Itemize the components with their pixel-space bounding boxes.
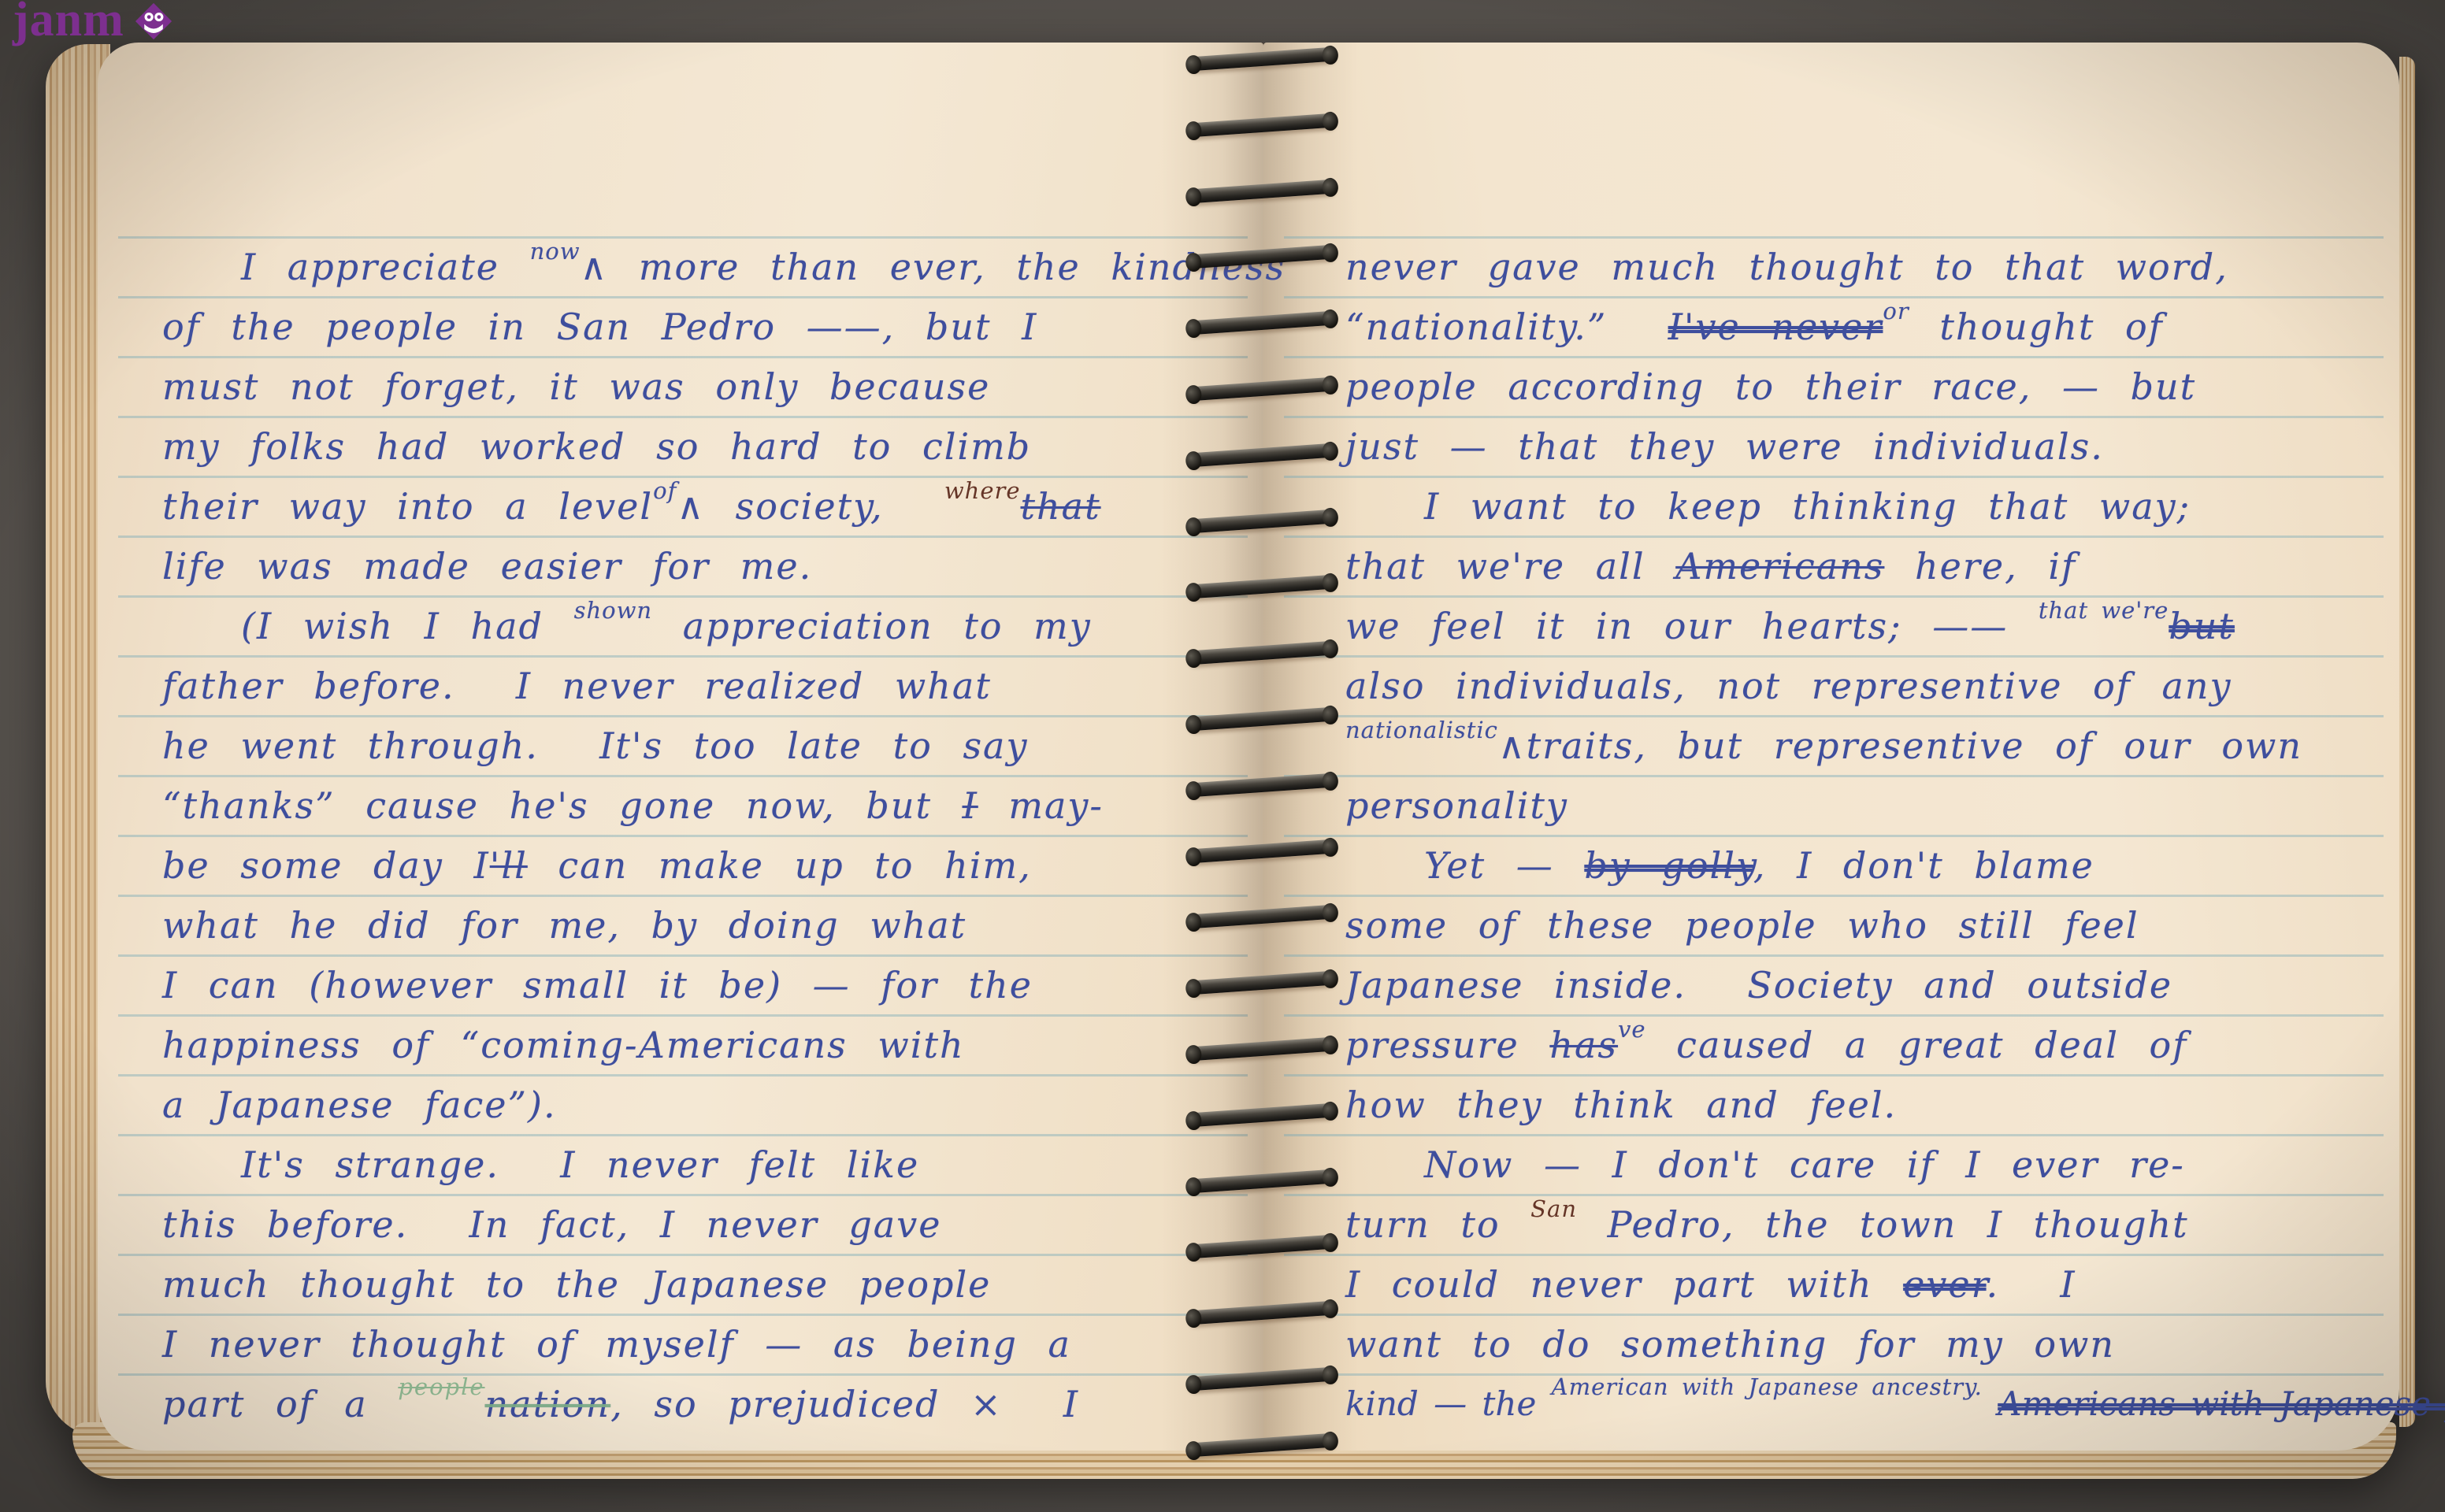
handwriting-line: personality (1345, 778, 2368, 838)
janm-logo: janm (13, 0, 176, 44)
handwritten-text: pressure (1345, 1024, 1549, 1066)
handwriting-line: be some day I'll can make up to him, (162, 838, 1221, 898)
handwritten-text: their way into a level (162, 485, 653, 528)
strikethrough-text: ever (1903, 1263, 1986, 1306)
spiral-wire-loop (1188, 971, 1337, 995)
spiral-binding (1186, 52, 1338, 1452)
handwritten-text: this before. In fact, I never gave (162, 1203, 941, 1246)
handwriting-line: Now — I don't care if I ever re- (1345, 1137, 2368, 1197)
handwritten-text: caused a great deal of (1646, 1024, 2188, 1066)
spiral-wire-loop (1188, 245, 1337, 269)
handwriting-line: I want to keep thinking that way; (1345, 479, 2368, 539)
handwritten-text: Pedro, the town I thought (1577, 1203, 2189, 1246)
janm-crest-icon (131, 0, 176, 44)
strikethrough-text: nation (485, 1383, 611, 1425)
handwritten-text: I could never part with (1345, 1263, 1903, 1306)
janm-logo-text: janm (13, 0, 124, 44)
handwriting-line: also individuals, not representive of an… (1345, 658, 2368, 718)
notebook-page-left: I appreciate now∧ more than ever, the ki… (98, 43, 1263, 1451)
handwriting-line: life was made easier for me. (162, 539, 1221, 598)
handwriting-line: I appreciate now∧ more than ever, the ki… (162, 239, 1221, 299)
handwritten-text: Yet — (1424, 844, 1584, 887)
inserted-text-above: of (653, 463, 677, 518)
handwriting-line: I can (however small it be) — for the (162, 958, 1221, 1017)
handwritten-text: “thanks” cause he's gone now, but (162, 784, 963, 827)
spiral-wire-loop (1188, 1169, 1337, 1193)
handwritten-text: Japanese inside. Society and outside (1345, 964, 2172, 1006)
handwritten-text: what he did for me, by doing what (162, 904, 966, 947)
handwritten-text: traits, but representive of our own (1527, 724, 2302, 767)
inserted-text-above: or (1883, 283, 1909, 339)
handwriting-line: turn to San Pedro, the town I thought (1345, 1197, 2368, 1257)
handwriting-line: people according to their race, — but (1345, 359, 2368, 419)
handwritten-text: I want to keep thinking that way; (1424, 485, 2191, 528)
handwriting-line: of the people in San Pedro ——, but I (162, 299, 1221, 359)
handwritten-text: thought of (1909, 306, 2164, 348)
spiral-wire-loop (1188, 376, 1337, 401)
notebook-page-right: never gave much thought to that word,“na… (1263, 43, 2399, 1451)
spiral-wire-loop (1188, 839, 1337, 863)
handwritten-text: I (1003, 1383, 1079, 1425)
handwritten-text: can make up to him, (528, 844, 1032, 887)
handwritten-text: must not forget, it was only because (162, 365, 990, 408)
handwriting-line: Japanese inside. Society and outside (1345, 958, 2368, 1017)
handwritten-text: that we're all (1345, 545, 1675, 587)
inserted-text-above: American with Japanese ancestry. (1552, 1359, 1983, 1414)
handwriting-line: “thanks” cause he's gone now, but I may- (162, 778, 1221, 838)
handwritten-text: part of a (162, 1383, 398, 1425)
strikethrough-text: that (1021, 485, 1101, 528)
inserted-text-above: shown (574, 583, 653, 638)
spiral-wire-loop (1188, 1036, 1337, 1061)
handwritten-text: × (970, 1383, 1003, 1425)
handwriting-line: a Japanese face”). (162, 1077, 1221, 1137)
handwritten-text: “nationality.” (1345, 306, 1668, 348)
handwriting-line: that we're all Americans here, if (1345, 539, 2368, 598)
strikethrough-text: has (1549, 1024, 1618, 1066)
handwritten-text: , I don't blame (1753, 844, 2094, 887)
scanned-notebook-photo: janm I appreciate now∧ more than ever, t… (0, 0, 2445, 1512)
handwriting-line: he went through. It's too late to say (162, 718, 1221, 778)
handwriting-line: happiness of “coming-Americans with (162, 1017, 1221, 1077)
handwriting-line: nationalistic∧traits, but representive o… (1345, 718, 2368, 778)
handwritten-text: of the people in San Pedro ——, but I (162, 306, 1037, 348)
spiral-wire-loop (1188, 1301, 1337, 1325)
handwriting-line: I could never part with ever. I (1345, 1257, 2368, 1317)
spiral-wire-loop (1188, 443, 1337, 467)
handwriting-line: much thought to the Japanese people (162, 1257, 1221, 1317)
handwritten-text: . I (1987, 1263, 2076, 1306)
inserted-text-above: ve (1618, 1002, 1646, 1057)
handwritten-text: (I wish I had (241, 605, 574, 647)
spiral-wire-loop (1188, 1366, 1337, 1391)
handwritten-text: also individuals, not representive of an… (1345, 665, 2232, 707)
handwritten-text: I never thought of myself — as being a (162, 1323, 1071, 1366)
handwritten-text: appreciation to my (652, 605, 1092, 647)
handwriting-line: we feel it in our hearts; —— that we'reb… (1345, 598, 2368, 658)
strikethrough-text: by golly (1584, 844, 1753, 887)
spiral-wire-loop (1188, 311, 1337, 335)
page-stack-edge-right (2399, 57, 2415, 1427)
handwritten-text: how they think and feel. (1345, 1084, 1897, 1126)
strikethrough-text: 'll (490, 844, 528, 887)
handwritten-text: my folks had worked so hard to climb (162, 425, 1031, 468)
handwriting-right-page: never gave much thought to that word,“na… (1345, 239, 2368, 1451)
handwritten-text: father before. I never realized what (162, 665, 992, 707)
spiral-wire-loop (1188, 905, 1337, 929)
handwritten-text: ∧ (1498, 724, 1527, 767)
handwriting-line: part of a peoplenation, so prejudiced × … (162, 1377, 1221, 1436)
handwritten-text (1983, 1384, 1998, 1423)
open-notebook: I appreciate now∧ more than ever, the ki… (46, 39, 2415, 1479)
handwriting-line: just — that they were individuals. (1345, 419, 2368, 479)
handwritten-text: life was made easier for me. (162, 545, 812, 587)
handwritten-text: ∧ (677, 485, 705, 528)
handwriting-line: kind — the American with Japanese ancest… (1345, 1377, 2368, 1436)
handwritten-text: just — that they were individuals. (1345, 425, 2104, 468)
handwriting-line: my folks had worked so hard to climb (162, 419, 1221, 479)
handwritten-text: It's strange. I never felt like (241, 1143, 919, 1186)
handwritten-text: I can (however small it be) — for the (162, 964, 1033, 1006)
inserted-text-above: that we're (2039, 583, 2169, 638)
handwriting-line: (I wish I had shown appreciation to my (162, 598, 1221, 658)
handwriting-line: pressure hasve caused a great deal of (1345, 1017, 2368, 1077)
handwritten-text: , so prejudiced (610, 1383, 970, 1425)
spiral-wire-loop (1188, 179, 1337, 203)
handwriting-line: how they think and feel. (1345, 1077, 2368, 1137)
handwritten-text: personality (1345, 784, 1568, 827)
handwritten-text: we feel it in our hearts; —— (1345, 605, 2039, 647)
inserted-text-above: nationalistic (1345, 702, 1498, 758)
spiral-wire-loop (1188, 1102, 1337, 1127)
handwriting-line: I never thought of myself — as being a (162, 1317, 1221, 1377)
handwritten-text: people according to their race, — but (1345, 365, 2196, 408)
spiral-wire-loop (1188, 575, 1337, 599)
strikethrough-text: Americans (1675, 545, 1884, 587)
handwriting-line: what he did for me, by doing what (162, 898, 1221, 958)
spiral-wire-loop (1188, 641, 1337, 665)
handwritten-text: I appreciate (241, 246, 530, 288)
handwritten-text: much thought to the Japanese people (162, 1263, 991, 1306)
handwritten-text: here, if (1884, 545, 2076, 587)
handwritten-text: society, (705, 485, 944, 528)
handwritten-text: be some day I (162, 844, 490, 887)
handwritten-text: Now — I don't care if I ever re- (1424, 1143, 2185, 1186)
handwritten-text: he went through. It's too late to say (162, 724, 1028, 767)
strikethrough-text: I (963, 784, 978, 827)
handwriting-line: Yet — by golly, I don't blame (1345, 838, 2368, 898)
spiral-wire-loop (1188, 1235, 1337, 1259)
handwritten-text: more than ever, the kindness (608, 246, 1286, 288)
handwritten-text: never gave much thought to that word, (1345, 246, 2228, 288)
handwritten-text: turn to (1345, 1203, 1530, 1246)
handwritten-text: happiness of “coming-Americans with (162, 1024, 965, 1066)
spiral-wire-loop (1188, 773, 1337, 797)
strikethrough-text: Americans with Japanese faces (1998, 1384, 2445, 1423)
green-annotation: people (398, 1359, 484, 1414)
strikethrough-text: I've never (1668, 306, 1883, 348)
handwritten-text: some of these people who still feel (1345, 904, 2139, 947)
handwritten-text: kind — the (1345, 1384, 1552, 1423)
handwriting-line: their way into a levelof∧ society, where… (162, 479, 1221, 539)
handwriting-line: It's strange. I never felt like (162, 1137, 1221, 1197)
inserted-text-above: San (1530, 1181, 1577, 1236)
inserted-text-above: now (530, 224, 581, 279)
handwritten-text: may- (978, 784, 1104, 827)
handwriting-line: father before. I never realized what (162, 658, 1221, 718)
inserted-text-above: where (944, 463, 1021, 518)
handwriting-left-page: I appreciate now∧ more than ever, the ki… (162, 239, 1221, 1451)
handwriting-line: this before. In fact, I never gave (162, 1197, 1221, 1257)
handwriting-line: must not forget, it was only because (162, 359, 1221, 419)
handwritten-text: ∧ (581, 246, 609, 288)
handwritten-text: a Japanese face”). (162, 1084, 557, 1126)
handwriting-line: “nationality.” I've neveror thought of (1345, 299, 2368, 359)
spiral-wire-loop (1188, 509, 1337, 533)
strikethrough-text: but (2169, 605, 2235, 647)
handwriting-line: never gave much thought to that word, (1345, 239, 2368, 299)
spiral-wire-loop (1188, 706, 1337, 731)
spiral-wire-loop (1188, 113, 1337, 137)
handwriting-line: some of these people who still feel (1345, 898, 2368, 958)
